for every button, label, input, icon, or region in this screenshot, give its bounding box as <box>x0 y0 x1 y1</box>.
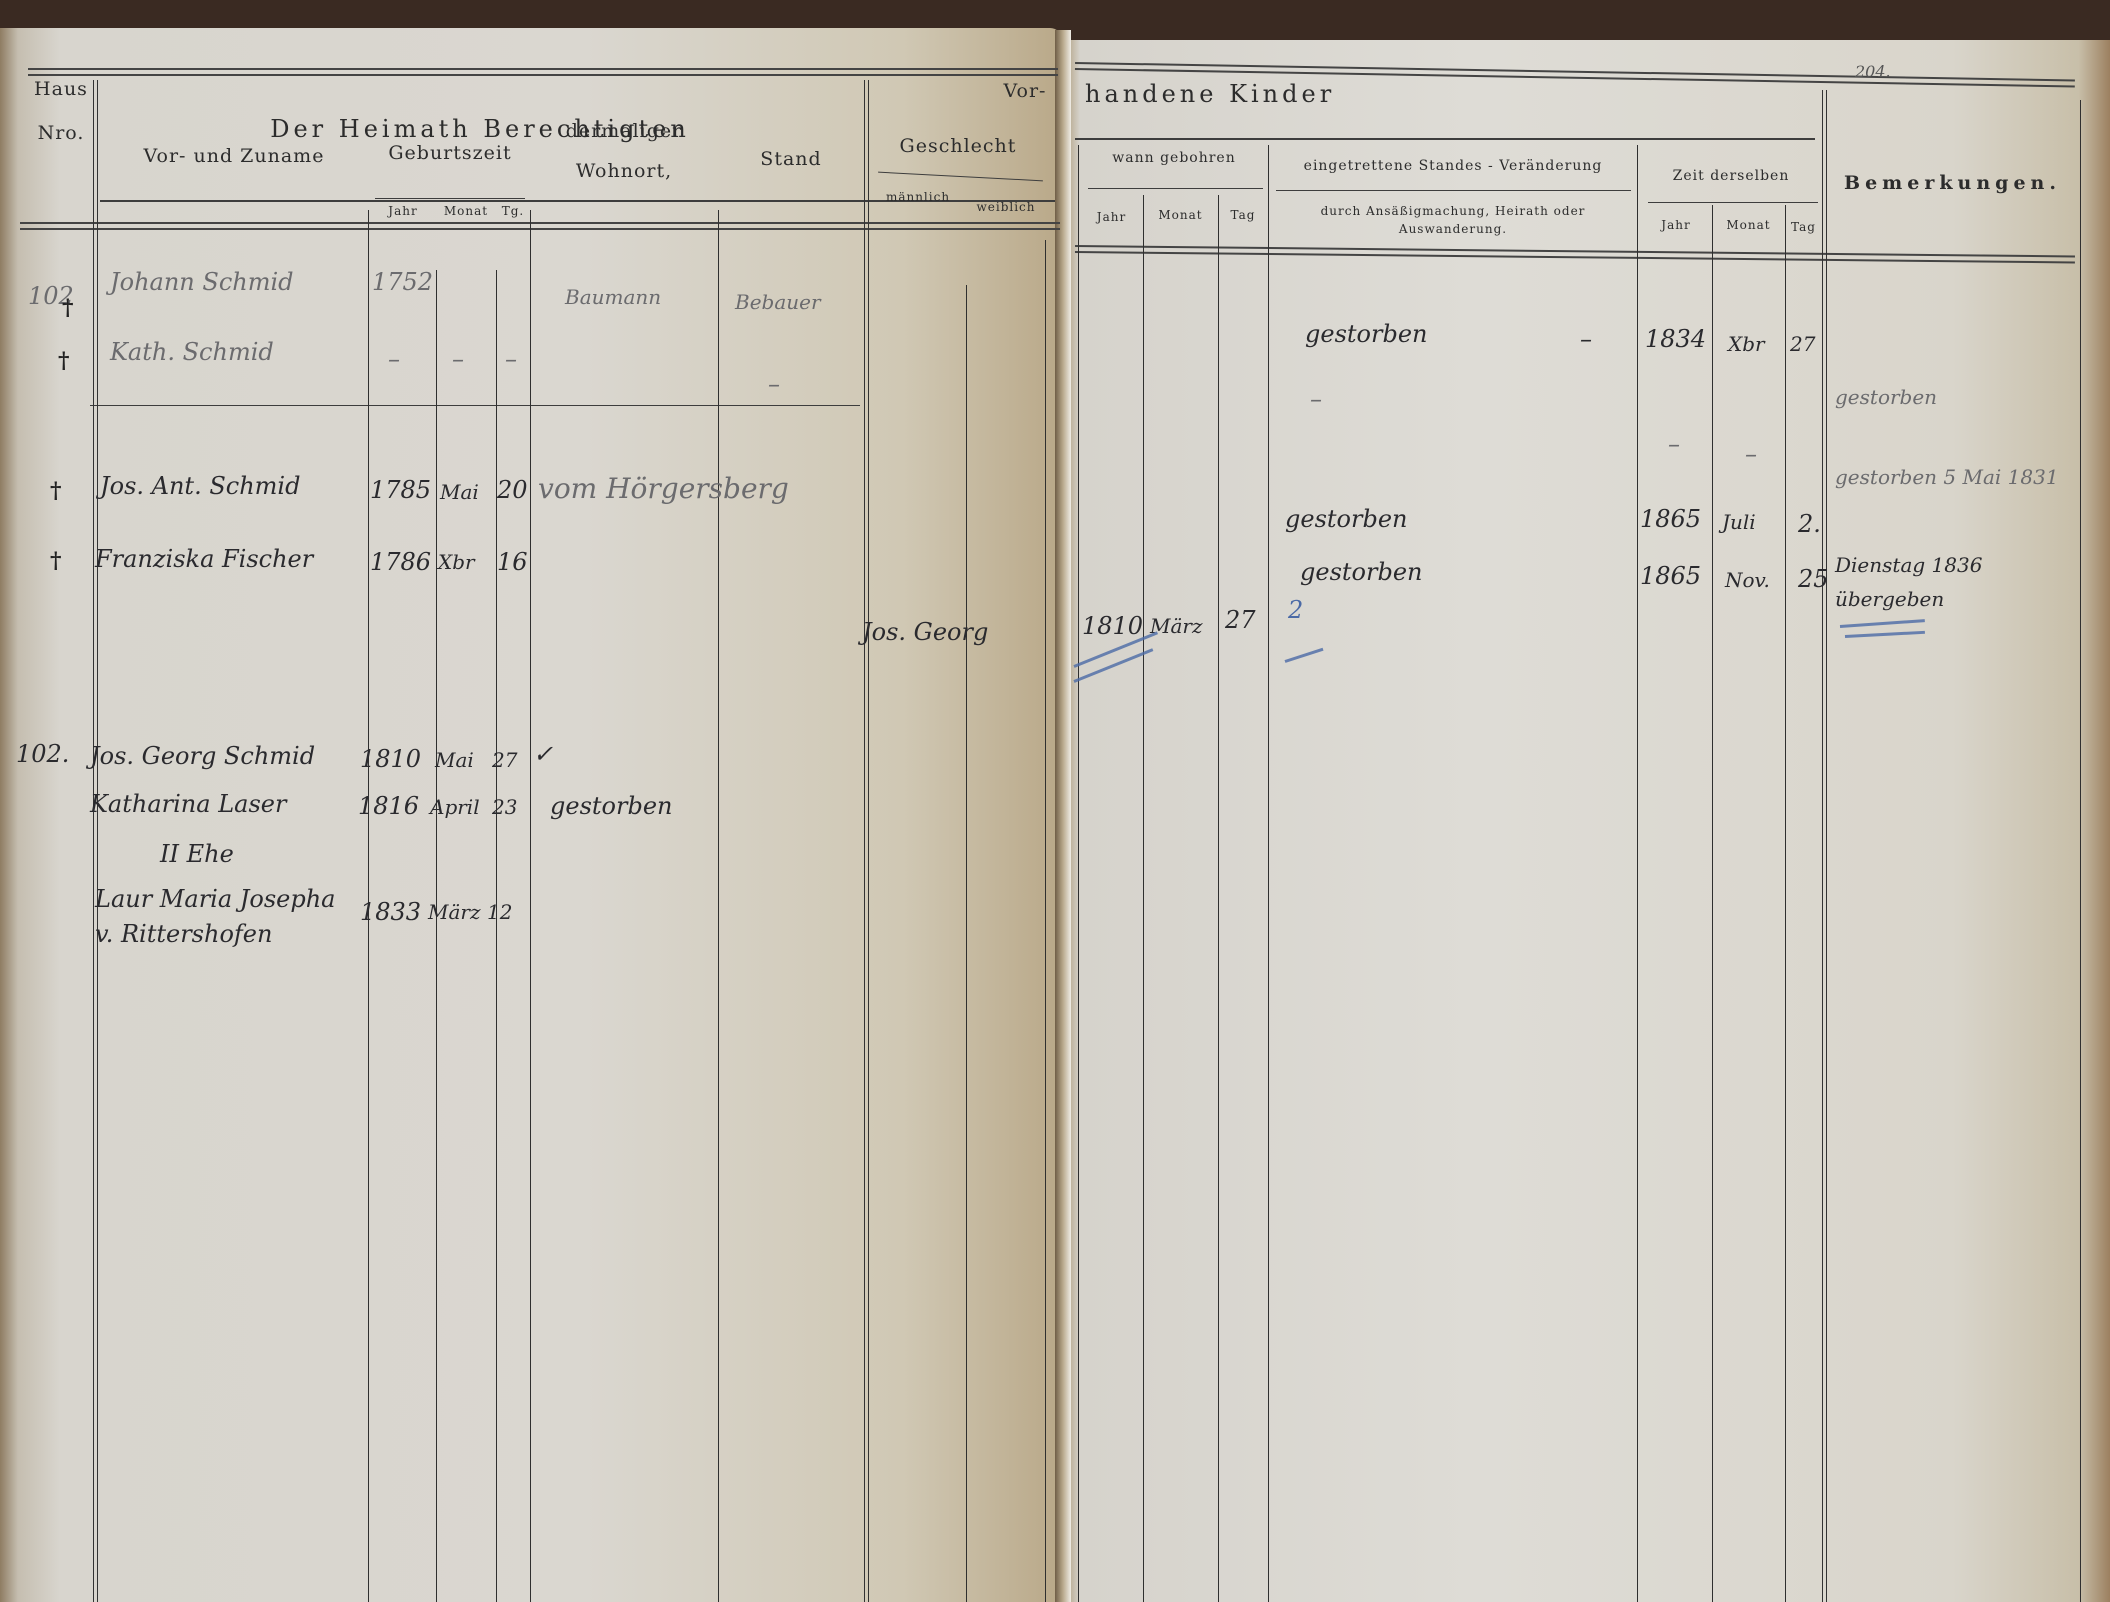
entry-tag: 16 <box>497 548 528 576</box>
zeit-divider <box>1648 202 1818 203</box>
deceased-cross-icon: † <box>58 348 70 374</box>
entry-name: Franziska Fischer <box>95 545 313 573</box>
entry-separator <box>90 405 860 406</box>
header-tag: Tag <box>1218 208 1268 222</box>
col-line-start <box>1078 145 1079 1602</box>
header-z-jahr: Jahr <box>1640 218 1712 232</box>
header-monat: Monat <box>436 204 496 218</box>
child-male-name: Jos. Georg <box>862 618 988 646</box>
change-jahr: – <box>1668 430 1680 458</box>
header-zeit-derselben: Zeit derselben <box>1640 168 1822 184</box>
entry-stand: – <box>768 370 780 398</box>
entry-monat: April <box>430 795 480 819</box>
header-wann-gebohren: wann gebohren <box>1080 150 1268 166</box>
header-vor: Vor- <box>990 80 1060 102</box>
entry-monat: Mai <box>435 748 474 772</box>
change-jahr: 1865 <box>1640 505 1701 533</box>
change-tag: 27 <box>1790 332 1815 356</box>
top-rule-left <box>28 68 1058 76</box>
header-vorhandene-kinder: handene Kinder <box>1085 80 1335 108</box>
col-line-tag <box>530 210 531 1602</box>
page-number: 204. <box>1855 62 1891 81</box>
change-text: gestorben <box>1300 558 1422 586</box>
header-bemerkungen: Bemerkungen. <box>1830 172 2075 194</box>
entry-tag: – <box>505 345 517 373</box>
header-dermaliger: dermaliger <box>530 120 718 142</box>
header-standes-veraenderung: eingetrettene Standes - Veränderung <box>1272 158 1634 174</box>
entry-tag: 20 <box>497 476 528 504</box>
right-page <box>1062 40 2110 1602</box>
haus-number: 102. <box>16 740 69 768</box>
col-line-z-monat <box>1785 205 1786 1602</box>
veraenderung-divider <box>1276 190 1631 191</box>
col-line-maennlich <box>966 285 967 1602</box>
col-line-z-tag <box>1822 90 1827 1602</box>
header-bottom-rule-left <box>20 222 1060 230</box>
gebohren-divider <box>1088 188 1263 189</box>
header-maennlich: männlich <box>870 190 966 204</box>
entry-name: Laur Maria Josepha <box>95 885 336 913</box>
entry-jahr: 1816 <box>358 792 419 820</box>
entry-jahr: 1785 <box>370 476 431 504</box>
header-wohnort: Wohnort, <box>530 160 718 182</box>
entry-name: Jos. Ant. Schmid <box>100 472 300 500</box>
entry-second-marriage: II Ehe <box>160 840 234 868</box>
entry-name: Jos. Georg Schmid <box>90 742 315 770</box>
entry-monat: – <box>452 345 464 373</box>
entry-check-mark: ✓ <box>533 740 553 768</box>
child-birth-note: 2 <box>1288 596 1303 624</box>
book-spine <box>1055 30 1071 1602</box>
header-z-tag: Tag <box>1785 220 1822 234</box>
entry-jahr: 1833 <box>360 898 421 926</box>
change-text: gestorben <box>1285 505 1407 533</box>
col-line-veraenderung <box>1637 145 1638 1602</box>
col-line-jahr <box>1143 195 1144 1602</box>
header-tag: Tg. <box>496 204 530 218</box>
child-birth-tag: 27 <box>1225 606 1256 634</box>
change-text: gestorben <box>1305 320 1427 348</box>
entry-jahr: 1786 <box>370 548 431 576</box>
entry-name: Johann Schmid <box>110 268 294 296</box>
header-haus: Haus <box>28 78 94 100</box>
remark: gestorben <box>1835 385 1937 409</box>
change-monat: – <box>1745 440 1757 468</box>
entry-name: Katharina Laser <box>90 790 286 818</box>
header-weiblich: weiblich <box>966 200 1046 214</box>
col-line-tag <box>1268 145 1269 1602</box>
entry-tag: 23 <box>492 795 517 819</box>
child-birth-jahr: 1810 <box>1082 612 1143 640</box>
change-monat: Xbr <box>1728 332 1765 356</box>
remark: gestorben 5 Mai 1831 <box>1835 465 2059 489</box>
change-monat: Juli <box>1722 510 1756 534</box>
col-line-monat <box>1218 195 1219 1602</box>
header-geburtszeit: Geburtszeit <box>370 142 530 164</box>
remark: Dienstag 1836 übergeben <box>1835 548 2075 616</box>
col-line-stand <box>864 80 869 1602</box>
header-name: Vor- und Zuname <box>100 145 368 167</box>
entry-wohnort: Baumann <box>565 285 661 309</box>
entry-monat: März <box>428 900 481 924</box>
deceased-cross-icon: † <box>50 548 62 574</box>
col-line-jahr <box>436 270 437 1602</box>
change-tag: 25 <box>1798 565 1829 593</box>
change-text: – <box>1310 385 1322 413</box>
header-veraenderung-sub2: Auswanderung. <box>1272 222 1634 236</box>
change-jahr: 1865 <box>1640 562 1701 590</box>
entry-wohnort: vom Hörgersberg <box>538 472 789 505</box>
entry-monat: Mai <box>440 480 479 504</box>
header-jahr: Jahr <box>370 204 436 218</box>
header-divider-right <box>1075 138 1815 140</box>
col-line-weiblich <box>1045 240 1046 1602</box>
entry-status: gestorben <box>550 792 672 820</box>
entry-tag: 12 <box>487 900 512 924</box>
entry-name: Kath. Schmid <box>110 338 274 366</box>
entry-jahr: – <box>388 345 400 373</box>
col-line-right-edge <box>2080 100 2081 1602</box>
entry-tag: 27 <box>492 748 517 772</box>
deceased-cross-icon: † <box>62 295 74 321</box>
header-monat: Monat <box>1143 208 1218 222</box>
col-line-z-jahr <box>1712 205 1713 1602</box>
change-dash: – <box>1580 325 1592 353</box>
header-jahr: Jahr <box>1080 210 1143 224</box>
entry-stand: Bebauer <box>735 290 821 314</box>
child-birth-monat: März <box>1150 614 1203 638</box>
geburtszeit-divider <box>375 198 525 199</box>
header-veraenderung-sub1: durch Ansäßigmachung, Heirath oder <box>1272 204 1634 218</box>
header-heimath-berechtigten: Der Heimath Berechtigten <box>100 115 860 143</box>
header-nro: Nro. <box>28 122 94 144</box>
change-monat: Nov. <box>1725 568 1770 592</box>
col-line-monat <box>496 270 497 1602</box>
col-line-haus <box>93 80 98 1602</box>
entry-origin: v. Rittershofen <box>95 920 272 948</box>
deceased-cross-icon: † <box>50 478 62 504</box>
header-stand: Stand <box>718 148 864 170</box>
header-z-monat: Monat <box>1712 218 1785 232</box>
change-tag: 2. <box>1798 510 1821 538</box>
change-jahr: 1834 <box>1645 325 1706 353</box>
col-line-wohnort <box>718 210 719 1602</box>
header-geschlecht: Geschlecht <box>868 135 1048 157</box>
entry-jahr: 1810 <box>360 745 421 773</box>
entry-monat: Xbr <box>438 550 475 574</box>
entry-jahr: 1752 <box>372 268 433 296</box>
